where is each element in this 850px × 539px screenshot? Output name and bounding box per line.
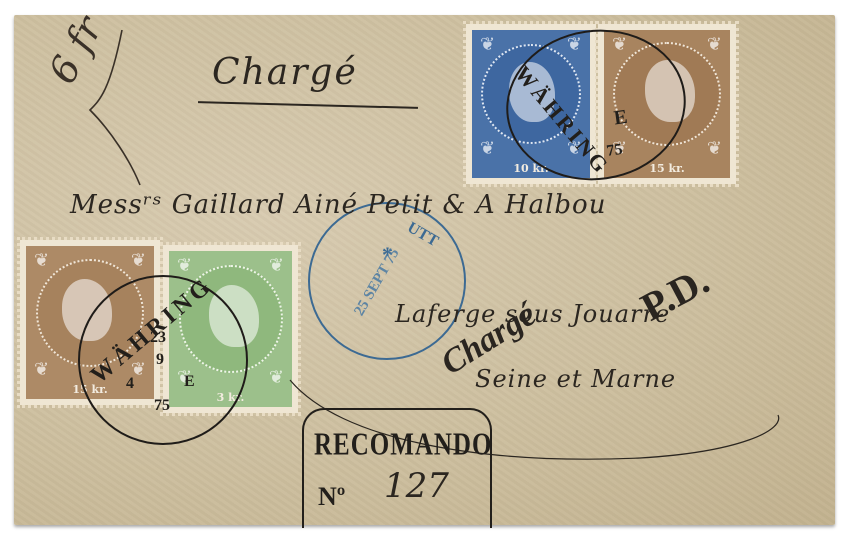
postmark-hour: 4 <box>126 375 134 393</box>
recommando-number-label: Nº <box>318 482 345 512</box>
address-line-1: Messʳˢ Gaillard Ainé Petit & A Halbou <box>70 190 606 220</box>
endorsement-charge: Chargé <box>212 52 358 93</box>
ornament-icon: ❦ <box>177 257 192 275</box>
postmark-text: UTT <box>404 219 441 251</box>
ornament-icon: ❦ <box>131 252 146 270</box>
postmark-month: 9 <box>156 351 164 369</box>
postmark-year: 75 <box>605 141 623 161</box>
ornament-icon: ❦ <box>480 140 495 158</box>
pen-stroke <box>60 30 150 190</box>
ornament-icon: ❦ <box>480 36 495 54</box>
recommando-label: RECOMANDO <box>314 428 492 463</box>
handstamp-recommando-box: RECOMANDO Nº 127 <box>302 408 492 528</box>
postmark-blue-transit: UTT * 25 SEPT 75 <box>308 202 466 360</box>
postmark-year: 75 <box>154 397 170 415</box>
postmark-suffix: E <box>184 373 195 391</box>
postmark-wahring-left: WÄHRING 23 9 4 E 75 <box>78 275 248 445</box>
ornament-icon: ❦ <box>707 36 722 54</box>
ornament-icon: ❦ <box>707 140 722 158</box>
postmark-suffix: E <box>613 106 629 131</box>
registration-number: 127 <box>384 466 449 506</box>
ornament-icon: ❦ <box>34 252 49 270</box>
ornament-icon: ❦ <box>269 257 284 275</box>
postmark-day: 23 <box>150 329 166 347</box>
ornament-icon: ❦ <box>34 361 49 379</box>
